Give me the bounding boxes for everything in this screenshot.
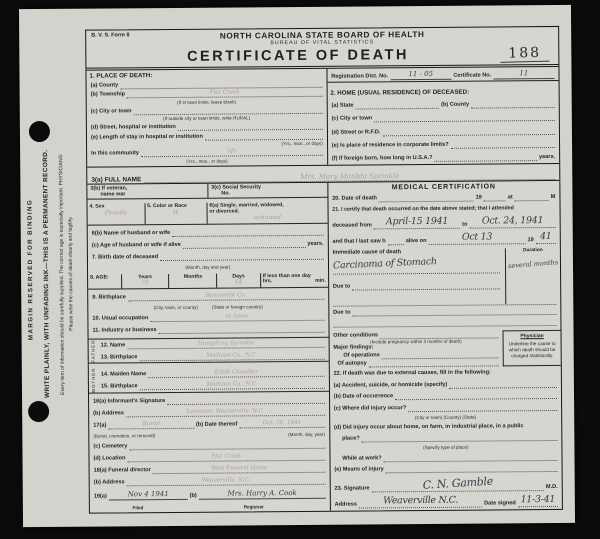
due-to-2-line	[352, 307, 556, 317]
date-signed-value: 11-3-41	[521, 494, 556, 506]
immediate-cause-label: Immediate cause of death	[333, 249, 401, 257]
last-saw-line: Oct 13	[428, 231, 525, 245]
ssn-label: 3(c) Social SecurityNo.	[211, 184, 261, 197]
spouse-label: 6(b) Name of husband or wife	[92, 230, 170, 238]
registrar-sublabel: Registrar	[182, 504, 326, 510]
attended-from-value: April-15 1941	[386, 216, 448, 228]
full-name-value: Mrs. Mary Matilda Sprinkle	[300, 172, 399, 181]
occupation-value: at home	[226, 314, 249, 321]
physician-note-text: Underline the cause to which death shoul…	[509, 341, 556, 359]
home-foreign-suffix: years.	[539, 154, 555, 161]
accident-line	[449, 380, 557, 389]
birthplace-line: Buncombe Co.	[128, 292, 324, 302]
birthplace-label: 9. Birthplace	[92, 295, 126, 302]
mother-birthplace-value: Madison Co., N.C.	[207, 381, 258, 388]
attended-to-label: to	[462, 221, 467, 228]
occupation-label: 10. Usual occupation	[92, 316, 148, 323]
age-min-label: min.	[315, 279, 326, 285]
registrar-value: Mrs. Harry A. Cook	[227, 489, 296, 498]
age-months-value	[172, 280, 215, 287]
cemetery-label: (c) Cemetery	[93, 444, 127, 451]
county-line	[120, 79, 322, 89]
certificate-no-value: 11	[519, 69, 528, 78]
informant-label: 16(a) Informant's Signature	[93, 398, 165, 406]
punch-hole-top	[29, 121, 50, 142]
mother-birthplace-line: Madison Co., N.C.	[140, 381, 325, 390]
form-header: B. V. S. Form 8 NORTH CAROLINA STATE BOA…	[86, 27, 558, 71]
race-value: W	[147, 210, 204, 217]
birthplace-hint-2: (State or foreign country)	[212, 305, 263, 310]
home-county-label: (b) County	[441, 102, 469, 109]
means-of-injury-line	[386, 464, 558, 473]
age-hrs-label: hrs.	[263, 280, 273, 286]
burial-value: Burial	[142, 421, 159, 428]
registration-district-value: 11 - 05	[408, 70, 433, 79]
duration-value: several months	[508, 259, 559, 270]
filed-sublabel: Filed	[94, 505, 182, 511]
signature-value: C. N. Gamble	[422, 474, 493, 492]
certificate-title: CERTIFICATE OF DEATH	[95, 46, 500, 65]
home-street-line	[382, 127, 555, 136]
of-autopsy-label: Of autopsy	[337, 360, 366, 367]
place-line	[362, 433, 558, 443]
home-foreign-label: (f) If foreign born, how long in U.S.A.?	[332, 155, 433, 163]
funeral-director-line: West Funeral Home	[153, 465, 326, 474]
dod-at-label: at	[508, 195, 513, 202]
signature-line: C. N. Gamble	[372, 476, 544, 492]
informant-line	[167, 396, 325, 405]
home-corporate-label: (e) Is place of residence in corporate l…	[332, 142, 449, 150]
place-of-death-title: 1. PLACE OF DEATH:	[86, 69, 326, 80]
marital-value: widowed	[209, 215, 325, 223]
date-thereof-line: Oct. 26, 1941	[239, 420, 325, 429]
home-residence-title: 2. HOME (USUAL RESIDENCE) OF DECEASED:	[327, 86, 558, 97]
duration-column: Duration several months	[505, 247, 560, 303]
informant-address-value: Leicester, Weaverville, N.C.	[186, 409, 264, 417]
attended-from-label: deceased from	[332, 222, 372, 229]
margin-binding-note: MARGIN RESERVED FOR BINDING	[25, 49, 35, 489]
industry-line	[159, 325, 325, 334]
certificate-no-line: 11	[493, 69, 554, 79]
city-line	[133, 106, 322, 115]
sig-address-line: Weaverville N.C.	[359, 495, 482, 509]
mother-name-line: Edith Chandler	[148, 368, 324, 377]
spouse-age-line	[183, 240, 306, 249]
birthplace-value: Buncombe Co.	[205, 293, 246, 300]
community-value: life	[227, 149, 236, 156]
punch-hole-bottom	[28, 401, 49, 422]
attended-from-line: April-15 1941	[374, 216, 460, 230]
accident-label: (a) Accident, suicide, or homicide (spec…	[334, 382, 448, 390]
father-birthplace-value: Madison Co., N.C.	[206, 352, 257, 359]
attended-to-value: Oct. 24, 1941	[482, 215, 543, 227]
registrar-line: Mrs. Harry A. Cook	[199, 489, 326, 500]
city-hint: (If outside city or town limits, write R…	[163, 116, 250, 122]
place-hint: (Specify type of place)	[423, 445, 468, 450]
mother-birthplace-label: 15. Birthplace	[101, 383, 138, 390]
home-county-line	[471, 100, 555, 109]
where-injury-hint: (City or town) (County) (State)	[415, 415, 476, 421]
margin-write-plainly-note: WRITE PLAINLY, WITH UNFADING INK—THIS IS…	[41, 39, 52, 509]
means-of-injury-label: (e) Means of injury	[334, 467, 383, 474]
veteran-label: 3(b) If veteran,name war	[90, 185, 127, 197]
burial-hint: (Burial, cremation, or removal)	[93, 433, 155, 439]
sig-address-label: Address	[335, 501, 357, 508]
filed-b-label: (b)	[190, 493, 197, 500]
last-saw-value: Oct 13	[462, 232, 492, 244]
margin-every-item-note: Every item of information should be care…	[57, 34, 67, 514]
home-state-label: (a) State	[331, 103, 353, 110]
father-side-label: FATHER	[90, 340, 95, 363]
stay-hint: (Yrs., mos., or days)	[281, 141, 322, 146]
director-address-value: Weaverville, N.C.	[202, 477, 251, 484]
street-label: (d) Street, hospital or institution	[91, 124, 176, 132]
dod-19-line	[484, 194, 506, 202]
funeral-director-value: West Funeral Home	[211, 465, 267, 472]
location-value: Flat Creek	[211, 454, 241, 461]
certify-statement: 21. I certify that death occurred on the…	[332, 205, 514, 213]
due-to-extra-line	[333, 318, 556, 328]
dod-m-label: M	[551, 194, 556, 201]
father-birthplace-line: Madison Co., N.C.	[139, 351, 324, 360]
father-name-value: Humphrey Sprinkle	[198, 340, 254, 347]
physician-note-box: Physician Underline the cause to which d…	[502, 330, 560, 366]
mother-name-value: Edith Chandler	[215, 369, 258, 376]
registration-district-label: Registration Dist. No.	[331, 73, 388, 80]
home-corporate-line	[451, 140, 555, 149]
date-signed-label: Date signed	[484, 500, 516, 507]
age-months-label: Months	[184, 273, 202, 279]
director-address-label: (b) Address	[94, 479, 125, 486]
township-label: (b) Township	[91, 92, 125, 99]
birthdate-label: 7. Birth date of deceased	[92, 254, 158, 262]
age-years-value: 75	[124, 280, 167, 287]
due-to-1-label: Due to	[333, 283, 350, 290]
community-line: life	[141, 148, 323, 157]
sex-value: Female	[90, 210, 143, 217]
township-hint: (If in town limits, leave blank)	[177, 99, 236, 105]
birthdate-line	[160, 252, 324, 261]
sex-label: 4. Sex	[90, 204, 105, 210]
certificate-no-label: Certificate No.	[453, 72, 491, 79]
saw-year-value: 41	[540, 231, 552, 243]
community-hint: (Yrs., mos., or days)	[186, 158, 227, 163]
certificate-form: B. V. S. Form 8 NORTH CAROLINA STATE BOA…	[85, 26, 563, 514]
attended-to-line: Oct. 24, 1941	[469, 215, 555, 229]
where-injury-label: (c) Where did injury occur?	[334, 405, 406, 413]
due-to-1-line	[352, 281, 500, 290]
sig-address-value: Weaverville N.C.	[383, 495, 458, 507]
stay-label: (e) Length of stay in hospital or instit…	[91, 134, 203, 142]
occupation-line: at home	[150, 313, 324, 322]
margin-please-write-note: Please write the causes of death clearly…	[66, 34, 76, 514]
of-autopsy-line	[369, 358, 499, 367]
mother-side-label: MOTHER	[90, 368, 95, 393]
burial-line: Burial	[108, 421, 194, 430]
physician-note-title: Physician	[506, 333, 559, 340]
medical-certification-title: MEDICAL CERTIFICATION	[328, 181, 559, 192]
due-to-2-label: Due to	[333, 310, 350, 317]
dod-19: 19	[476, 195, 482, 202]
filed-line: Nov 4 1941	[109, 490, 188, 500]
last-saw-gap	[388, 237, 404, 245]
scanned-certificate-paper: MARGIN RESERVED FOR BINDING WRITE PLAINL…	[19, 5, 575, 527]
place-label: place?	[342, 435, 360, 442]
race-label: 5. Color or Race	[147, 203, 187, 209]
father-name-label: 12. Name	[101, 342, 126, 349]
occurrence-label: (b) Date of occurrence	[334, 393, 393, 400]
form-number: B. V. S. Form 8	[91, 32, 161, 39]
signature-label: 23. Signature	[334, 485, 369, 492]
cause-line-2	[333, 296, 556, 306]
while-at-work-label: While at work?	[342, 455, 382, 462]
community-label: In this community	[91, 150, 139, 157]
birthplace-hint-1: (City, town, or county)	[154, 305, 198, 310]
birthdate-hint: (Month, day and year)	[185, 264, 230, 269]
township-line: Flat Creek	[127, 89, 322, 99]
registration-district-line: 11 - 05	[390, 70, 451, 80]
dod-time-line	[515, 193, 549, 201]
mother-name-label: 14. Maiden Name	[101, 371, 146, 378]
occurrence-line	[395, 391, 557, 400]
marital-label: 6(a) Single, married, widowed,or divorce…	[209, 202, 283, 214]
where-injury-line	[408, 403, 557, 412]
home-street-label: (d) Street or R.F.D.	[332, 129, 381, 136]
cemetery-line	[129, 441, 325, 451]
external-causes-title: 22. If death was due to external causes,…	[334, 370, 491, 378]
location-label: (d) Location	[93, 456, 125, 463]
home-city-line	[374, 113, 555, 122]
filed-label: 19(a)	[94, 493, 107, 500]
saw-year-line: 41	[536, 231, 556, 244]
did-injury-label: (d) Did injury occur about home, on farm…	[334, 423, 524, 431]
spouse-age-suffix: years.	[307, 241, 323, 248]
director-address-line: Weaverville, N.C.	[127, 477, 326, 487]
age-days-value: 14	[220, 280, 258, 287]
burial-label: 17(a)	[93, 423, 106, 430]
county-label: (a) County	[91, 82, 119, 89]
age-label: 8. AGE:	[88, 274, 122, 289]
date-of-death-line	[379, 194, 474, 203]
saw-19: 19	[528, 237, 534, 244]
stay-line	[205, 132, 323, 141]
date-thereof-hint: (Month, day, year)	[288, 432, 325, 437]
home-city-label: (c) City or town	[332, 116, 373, 123]
date-signed-line: 11-3-41	[518, 494, 558, 507]
date-thereof-value: Oct. 26, 1941	[263, 420, 301, 427]
certificate-stamp-number: 188	[500, 45, 549, 63]
home-state-line	[356, 101, 440, 110]
township-value: Flat Creek	[210, 90, 240, 97]
duration-label: Duration	[506, 247, 560, 252]
spouse-age-label: (c) Age of husband or wife if alive	[92, 242, 181, 250]
spouse-line	[172, 228, 323, 237]
filed-value: Nov 4 1941	[128, 490, 169, 499]
md-label: M.D.	[546, 483, 558, 490]
last-saw-label: and that I last saw h	[333, 238, 386, 245]
date-thereof-label: (b) Date thereof	[196, 422, 237, 429]
full-name-label: 3(a) FULL NAME	[91, 176, 141, 183]
city-label: (c) City or town	[91, 108, 132, 115]
home-foreign-line	[435, 153, 537, 162]
date-of-death-label: 20. Date of death	[332, 196, 377, 203]
father-birthplace-label: 13. Birthplace	[101, 354, 138, 361]
alive-on-label: alive on	[406, 238, 427, 245]
location-line: Flat Creek	[127, 453, 325, 463]
informant-address-label: (b) Address	[93, 411, 124, 418]
while-at-work-line	[384, 453, 558, 462]
informant-address-line: Leicester, Weaverville, N.C.	[126, 408, 325, 418]
funeral-director-label: 18(a) Funeral director	[94, 467, 151, 474]
other-conditions-line	[380, 330, 499, 339]
industry-label: 11. Industry or business	[92, 327, 156, 334]
street-line	[178, 122, 323, 131]
father-name-line: Humphrey Sprinkle	[127, 340, 324, 350]
